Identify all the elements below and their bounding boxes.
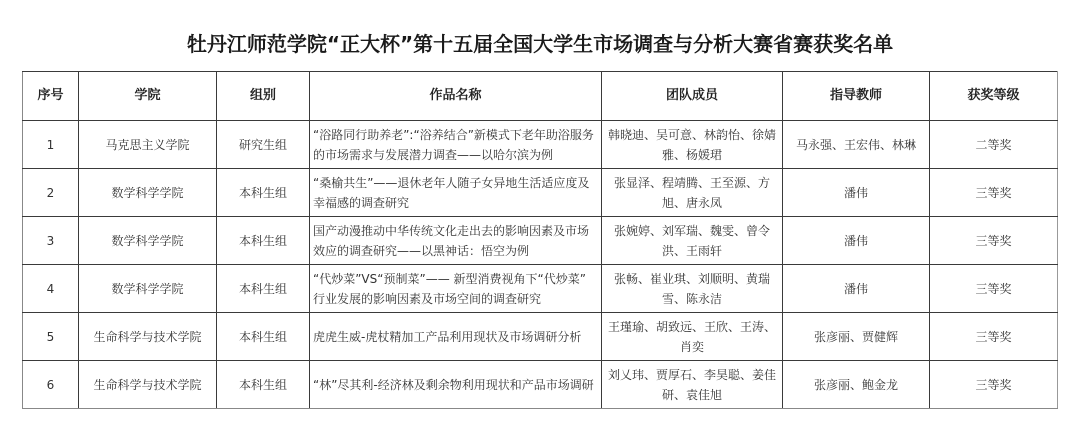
cell-no: 4 <box>23 265 79 313</box>
cell-members: 韩晓迪、吴可意、林韵怡、徐婧雅、杨媛珺 <box>602 121 783 169</box>
cell-no: 2 <box>23 169 79 217</box>
cell-no: 6 <box>23 361 79 409</box>
cell-work: “浴路同行助养老”:“浴养结合”新模式下老年助浴服务的市场需求与发展潜力调查——… <box>310 121 602 169</box>
cell-no: 1 <box>23 121 79 169</box>
cell-members: 张婉婷、刘军瑞、魏雯、曾令洪、王雨轩 <box>602 217 783 265</box>
cell-work: “桑榆共生”——退休老年人随子女异地生活适应度及幸福感的调查研究 <box>310 169 602 217</box>
cell-work: 国产动漫推动中华传统文化走出去的影响因素及市场效应的调查研究——以黑神话：悟空为… <box>310 217 602 265</box>
table-row: 4 数学科学学院 本科生组 “代炒菜”VS“预制菜”—— 新型消费视角下“代炒菜… <box>23 265 1058 313</box>
cell-college: 数学科学学院 <box>79 217 217 265</box>
cell-award: 二等奖 <box>930 121 1058 169</box>
header-members: 团队成员 <box>602 72 783 121</box>
cell-college: 马克思主义学院 <box>79 121 217 169</box>
awards-table: 序号 学院 组别 作品名称 团队成员 指导教师 获奖等级 1 马克思主义学院 研… <box>22 71 1058 409</box>
cell-college: 生命科学与技术学院 <box>79 313 217 361</box>
cell-work: “代炒菜”VS“预制菜”—— 新型消费视角下“代炒菜” 行业发展的影响因素及市场… <box>310 265 602 313</box>
cell-members: 王瑾瑜、胡致远、王欣、王涛、肖奕 <box>602 313 783 361</box>
header-group: 组别 <box>217 72 310 121</box>
cell-work: “林”尽其利-经济林及剩余物利用现状和产品市场调研 <box>310 361 602 409</box>
cell-college: 生命科学与技术学院 <box>79 361 217 409</box>
cell-group: 本科生组 <box>217 265 310 313</box>
cell-award: 三等奖 <box>930 313 1058 361</box>
cell-advisors: 潘伟 <box>783 265 930 313</box>
cell-advisors: 潘伟 <box>783 217 930 265</box>
cell-group: 本科生组 <box>217 217 310 265</box>
cell-advisors: 张彦丽、鲍金龙 <box>783 361 930 409</box>
header-award: 获奖等级 <box>930 72 1058 121</box>
cell-award: 三等奖 <box>930 361 1058 409</box>
cell-no: 5 <box>23 313 79 361</box>
cell-group: 本科生组 <box>217 361 310 409</box>
cell-advisors: 潘伟 <box>783 169 930 217</box>
table-header-row: 序号 学院 组别 作品名称 团队成员 指导教师 获奖等级 <box>23 72 1058 121</box>
cell-members: 张显泽、程靖腾、王至源、方旭、唐永凤 <box>602 169 783 217</box>
table-row: 1 马克思主义学院 研究生组 “浴路同行助养老”:“浴养结合”新模式下老年助浴服… <box>23 121 1058 169</box>
cell-award: 三等奖 <box>930 265 1058 313</box>
header-advisors: 指导教师 <box>783 72 930 121</box>
cell-work: 虎虎生威-虎杖精加工产品利用现状及市场调研分析 <box>310 313 602 361</box>
cell-college: 数学科学学院 <box>79 265 217 313</box>
cell-members: 张畅、崔业琪、刘顺明、黄瑞雪、陈永洁 <box>602 265 783 313</box>
table-row: 5 生命科学与技术学院 本科生组 虎虎生威-虎杖精加工产品利用现状及市场调研分析… <box>23 313 1058 361</box>
header-college: 学院 <box>79 72 217 121</box>
cell-group: 本科生组 <box>217 169 310 217</box>
table-row: 2 数学科学学院 本科生组 “桑榆共生”——退休老年人随子女异地生活适应度及幸福… <box>23 169 1058 217</box>
cell-no: 3 <box>23 217 79 265</box>
cell-college: 数学科学学院 <box>79 169 217 217</box>
cell-award: 三等奖 <box>930 217 1058 265</box>
header-work: 作品名称 <box>310 72 602 121</box>
cell-advisors: 马永强、王宏伟、林琳 <box>783 121 930 169</box>
cell-members: 刘乂玮、贾厚石、李昊聪、姜佳研、袁佳旭 <box>602 361 783 409</box>
cell-advisors: 张彦丽、贾健辉 <box>783 313 930 361</box>
table-row: 3 数学科学学院 本科生组 国产动漫推动中华传统文化走出去的影响因素及市场效应的… <box>23 217 1058 265</box>
header-no: 序号 <box>23 72 79 121</box>
cell-group: 本科生组 <box>217 313 310 361</box>
cell-group: 研究生组 <box>217 121 310 169</box>
document-title: 牡丹江师范学院“正大杯”第十五届全国大学生市场调查与分析大赛省赛获奖名单 <box>0 30 1080 58</box>
table-row: 6 生命科学与技术学院 本科生组 “林”尽其利-经济林及剩余物利用现状和产品市场… <box>23 361 1058 409</box>
cell-award: 三等奖 <box>930 169 1058 217</box>
